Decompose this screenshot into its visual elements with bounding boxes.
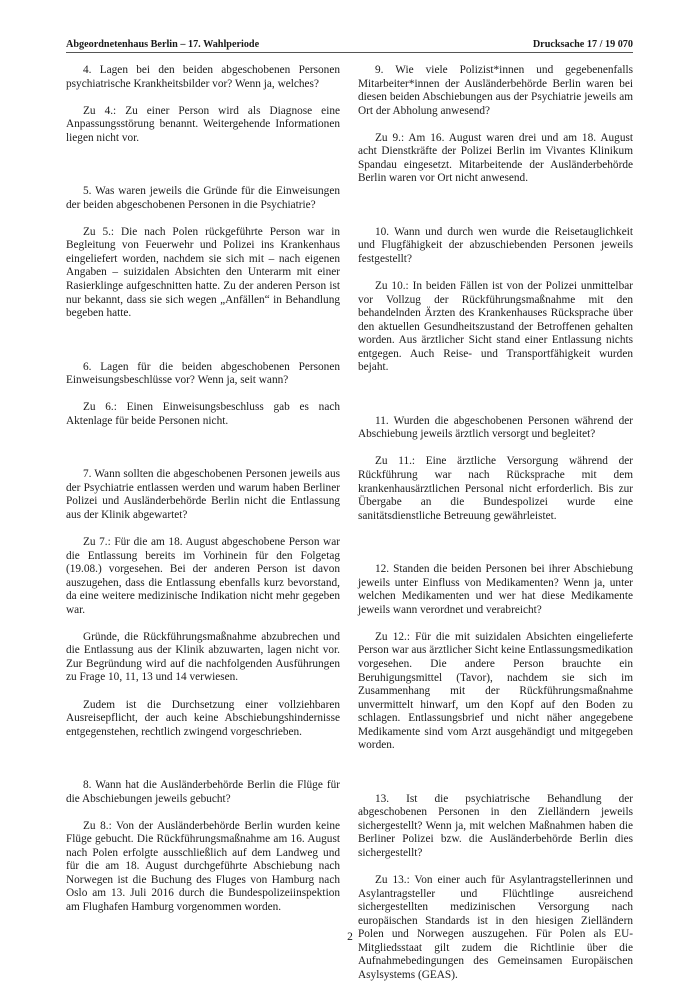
answer-13: Zu 13.: Von einer auch für Asylantragste… xyxy=(358,874,633,982)
header-rule xyxy=(66,52,633,53)
answer-5: Zu 5.: Die nach Polen rückgeführte Perso… xyxy=(66,226,340,321)
question-8: 8. Wann hat die Ausländerbehörde Berlin … xyxy=(66,779,340,806)
answer-10: Zu 10.: In beiden Fällen ist von der Pol… xyxy=(358,280,633,375)
answer-11: Zu 11.: Eine ärztliche Versorgung währen… xyxy=(358,455,633,523)
question-10: 10. Wann und durch wen wurde die Reiseta… xyxy=(358,226,633,267)
answer-7-legal: Zudem ist die Durchsetzung einer vollzie… xyxy=(66,699,340,740)
question-9: 9. Wie viele Polizist*innen und gegebene… xyxy=(358,64,633,118)
question-6: 6. Lagen für die beiden abgeschobenen Pe… xyxy=(66,361,340,388)
document-number: Drucksache 17 / 19 070 xyxy=(533,39,633,50)
answer-9: Zu 9.: Am 16. August waren drei und am 1… xyxy=(358,132,633,186)
left-column: 4. Lagen bei den beiden abgeschobenen Pe… xyxy=(66,64,340,915)
answer-7: Zu 7.: Für die am 18. August abgeschoben… xyxy=(66,536,340,617)
answer-6: Zu 6.: Einen Einweisungsbeschluss gab es… xyxy=(66,401,340,428)
answer-12: Zu 12.: Für die mit suizidalen Absichten… xyxy=(358,631,633,753)
running-header: Abgeordnetenhaus Berlin – 17. Wahlperiod… xyxy=(66,39,633,53)
question-7: 7. Wann sollten die abgeschobenen Person… xyxy=(66,468,340,522)
question-11: 11. Wurden die abgeschobenen Personen wä… xyxy=(358,415,633,442)
question-5: 5. Was waren jeweils die Gründe für die … xyxy=(66,185,340,212)
answer-7-reasons: Gründe, die Rückführungsmaßnahme abzubre… xyxy=(66,631,340,685)
header-title: Abgeordnetenhaus Berlin – 17. Wahlperiod… xyxy=(66,39,259,50)
answer-4: Zu 4.: Zu einer Person wird als Diagnose… xyxy=(66,105,340,146)
question-4: 4. Lagen bei den beiden abgeschobenen Pe… xyxy=(66,64,340,91)
right-column: 9. Wie viele Polizist*innen und gegebene… xyxy=(358,64,633,982)
page-number: 2 xyxy=(0,931,700,943)
question-12: 12. Standen die beiden Personen bei ihre… xyxy=(358,563,633,617)
answer-8: Zu 8.: Von der Ausländerbehörde Berlin w… xyxy=(66,820,340,915)
question-13: 13. Ist die psychiatrische Behandlung de… xyxy=(358,793,633,861)
